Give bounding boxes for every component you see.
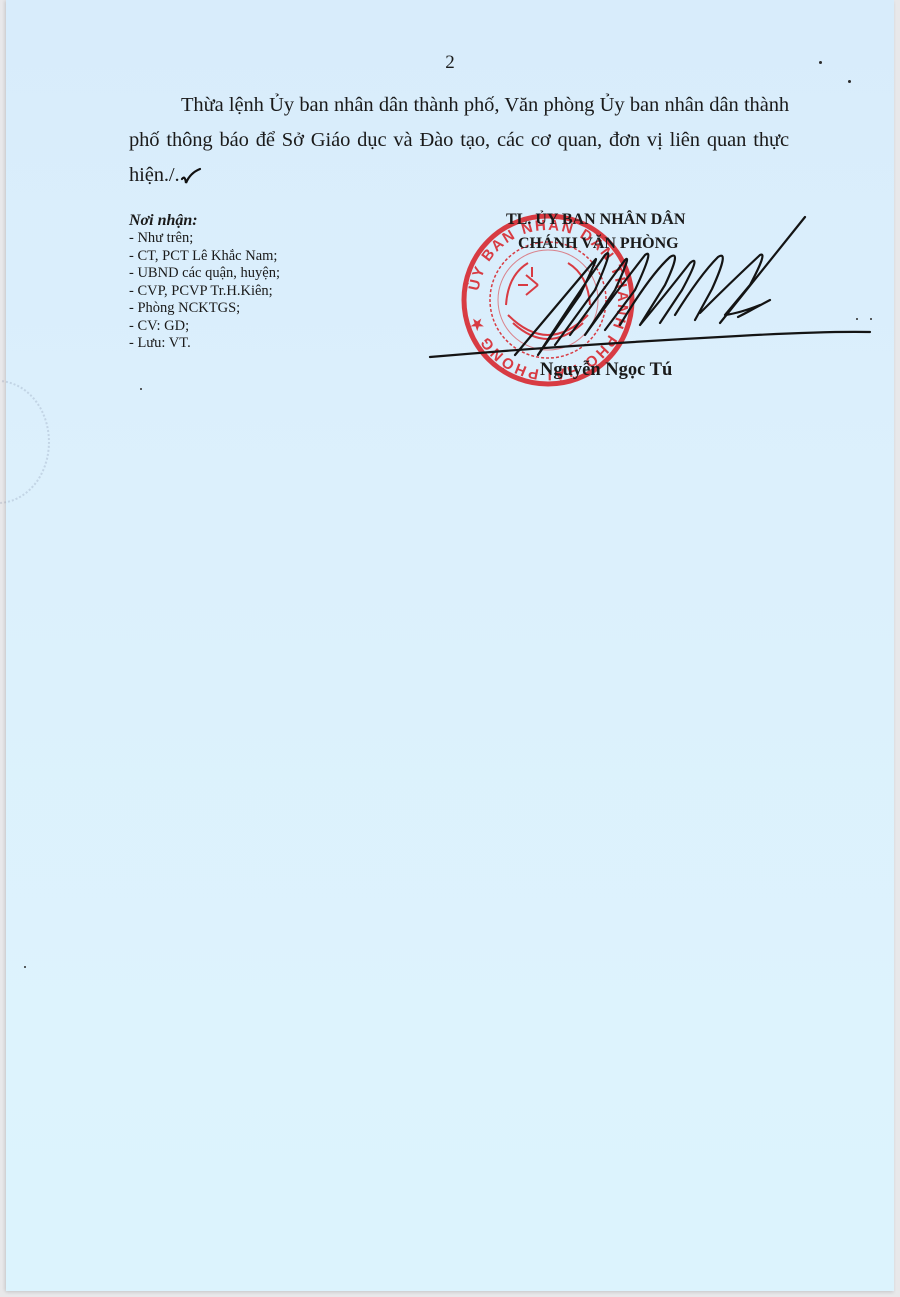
- recipient-item: - Lưu: VT.: [129, 335, 280, 353]
- recipient-item: - CVP, PCVP Tr.H.Kiên;: [129, 283, 280, 301]
- page-number: 2: [0, 52, 900, 74]
- recipients-list: Nơi nhận: - Như trên; - CT, PCT Lê Khắc …: [129, 211, 280, 353]
- faint-stamp-impression: [0, 380, 50, 504]
- signature-authority-line: TL. ỦY BAN NHÂN DÂN: [506, 209, 685, 231]
- scan-speck: [856, 318, 858, 320]
- recipient-item: - CT, PCT Lê Khắc Nam;: [129, 248, 280, 266]
- recipient-item: - Phòng NCKTGS;: [129, 300, 280, 318]
- signature-title-line: CHÁNH VĂN PHÒNG: [518, 233, 679, 255]
- body-paragraph-text: Thừa lệnh Ủy ban nhân dân thành phố, Văn…: [129, 94, 789, 186]
- scan-speck: [819, 61, 822, 64]
- body-paragraph: Thừa lệnh Ủy ban nhân dân thành phố, Văn…: [129, 88, 789, 193]
- scan-speck: [24, 966, 26, 968]
- recipients-title: Nơi nhận:: [129, 211, 280, 230]
- recipient-item: - Như trên;: [129, 230, 280, 248]
- scan-speck: [848, 80, 851, 83]
- recipient-item: - CV: GD;: [129, 318, 280, 336]
- scan-speck: [140, 388, 142, 390]
- recipient-item: - UBND các quận, huyện;: [129, 265, 280, 283]
- signer-name: Nguyễn Ngọc Tú: [540, 359, 672, 381]
- scan-speck: [870, 318, 872, 320]
- document-page: [6, 0, 894, 1291]
- initial-check-mark-icon: [180, 167, 202, 185]
